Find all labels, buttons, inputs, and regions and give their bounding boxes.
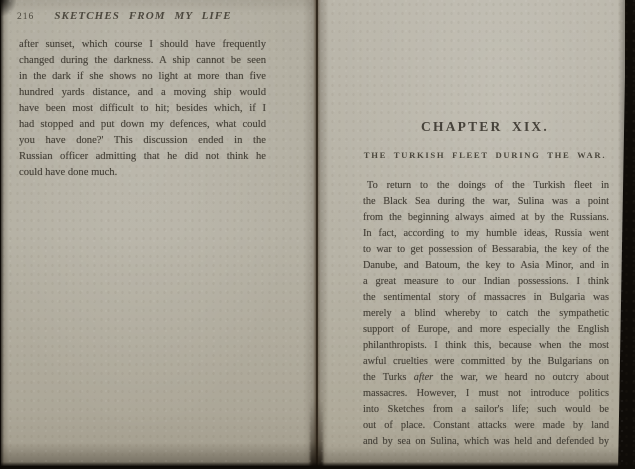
text-line: from the beginning always aimed at by th… — [363, 210, 609, 226]
gutter-bottom-shadow — [310, 399, 323, 469]
photo-corner-shadow — [0, 0, 16, 16]
text-line: you have done?' This discussion ended in… — [19, 133, 266, 149]
text-line: merely a blind whereby to catch the symp… — [363, 306, 609, 322]
text-line: into Sketches from a sailor's life; such… — [363, 402, 609, 418]
text-line: out of place. Constant attacks were made… — [363, 418, 609, 434]
text-line: Danube, and Batoum, the key to Asia Mino… — [363, 258, 609, 274]
chapter-heading: CHAPTER XIX. — [362, 119, 608, 135]
chapter-subtitle: THE TURKISH FLEET DURING THE WAR. — [354, 150, 616, 160]
left-page: 216 SKETCHES FROM MY LIFE after sunset, … — [1, 0, 316, 466]
text-line: after sunset, which course I should have… — [19, 37, 266, 53]
text-line: In fact, according to my humble ideas, R… — [363, 226, 609, 242]
text-line: to war to get possession of Bessarabia, … — [363, 242, 609, 258]
right-page-text: To return to the doings of the Turkish f… — [363, 178, 609, 450]
text-line: massacres. However, I must not introduce… — [363, 386, 609, 402]
text-line: hundred yards distance, and a moving shi… — [19, 85, 266, 101]
text-line: Russian officer admitting that he did no… — [19, 149, 266, 165]
text-line: had stopped and put down my defences, wh… — [19, 117, 266, 133]
text-line: and by sea on Sulina, which was held and… — [363, 434, 609, 450]
page-number: 216 — [17, 12, 34, 22]
text-line: have been most difficult to hit; besides… — [19, 101, 266, 117]
text-line: the Turks after the war, we heard no out… — [363, 370, 609, 386]
book-photo: 216 SKETCHES FROM MY LIFE after sunset, … — [0, 0, 635, 469]
running-head: SKETCHES FROM MY LIFE — [43, 10, 243, 22]
text-line: awful cruelties were committed by the Bu… — [363, 354, 609, 370]
right-page: CHAPTER XIX. THE TURKISH FLEET DURING TH… — [318, 0, 625, 467]
text-line: a great measure to our Indian possession… — [363, 274, 609, 290]
text-line: To return to the doings of the Turkish f… — [363, 178, 609, 194]
text-line: support of Europe, and more especially t… — [363, 322, 609, 338]
book-edge-bottom — [0, 462, 635, 469]
left-page-text: after sunset, which course I should have… — [19, 37, 266, 181]
text-line: could have done much. — [19, 165, 266, 181]
text-line: the Black Sea during the war, Sulina was… — [363, 194, 609, 210]
text-line: changed during the darkness. A ship cann… — [19, 53, 266, 69]
book-edge-left — [0, 0, 4, 469]
text-line: philanthropists. I think this, because w… — [363, 338, 609, 354]
text-line: the sentimental story of massacres in Bu… — [363, 290, 609, 306]
text-line: in the dark if she shows no light at mor… — [19, 69, 266, 85]
